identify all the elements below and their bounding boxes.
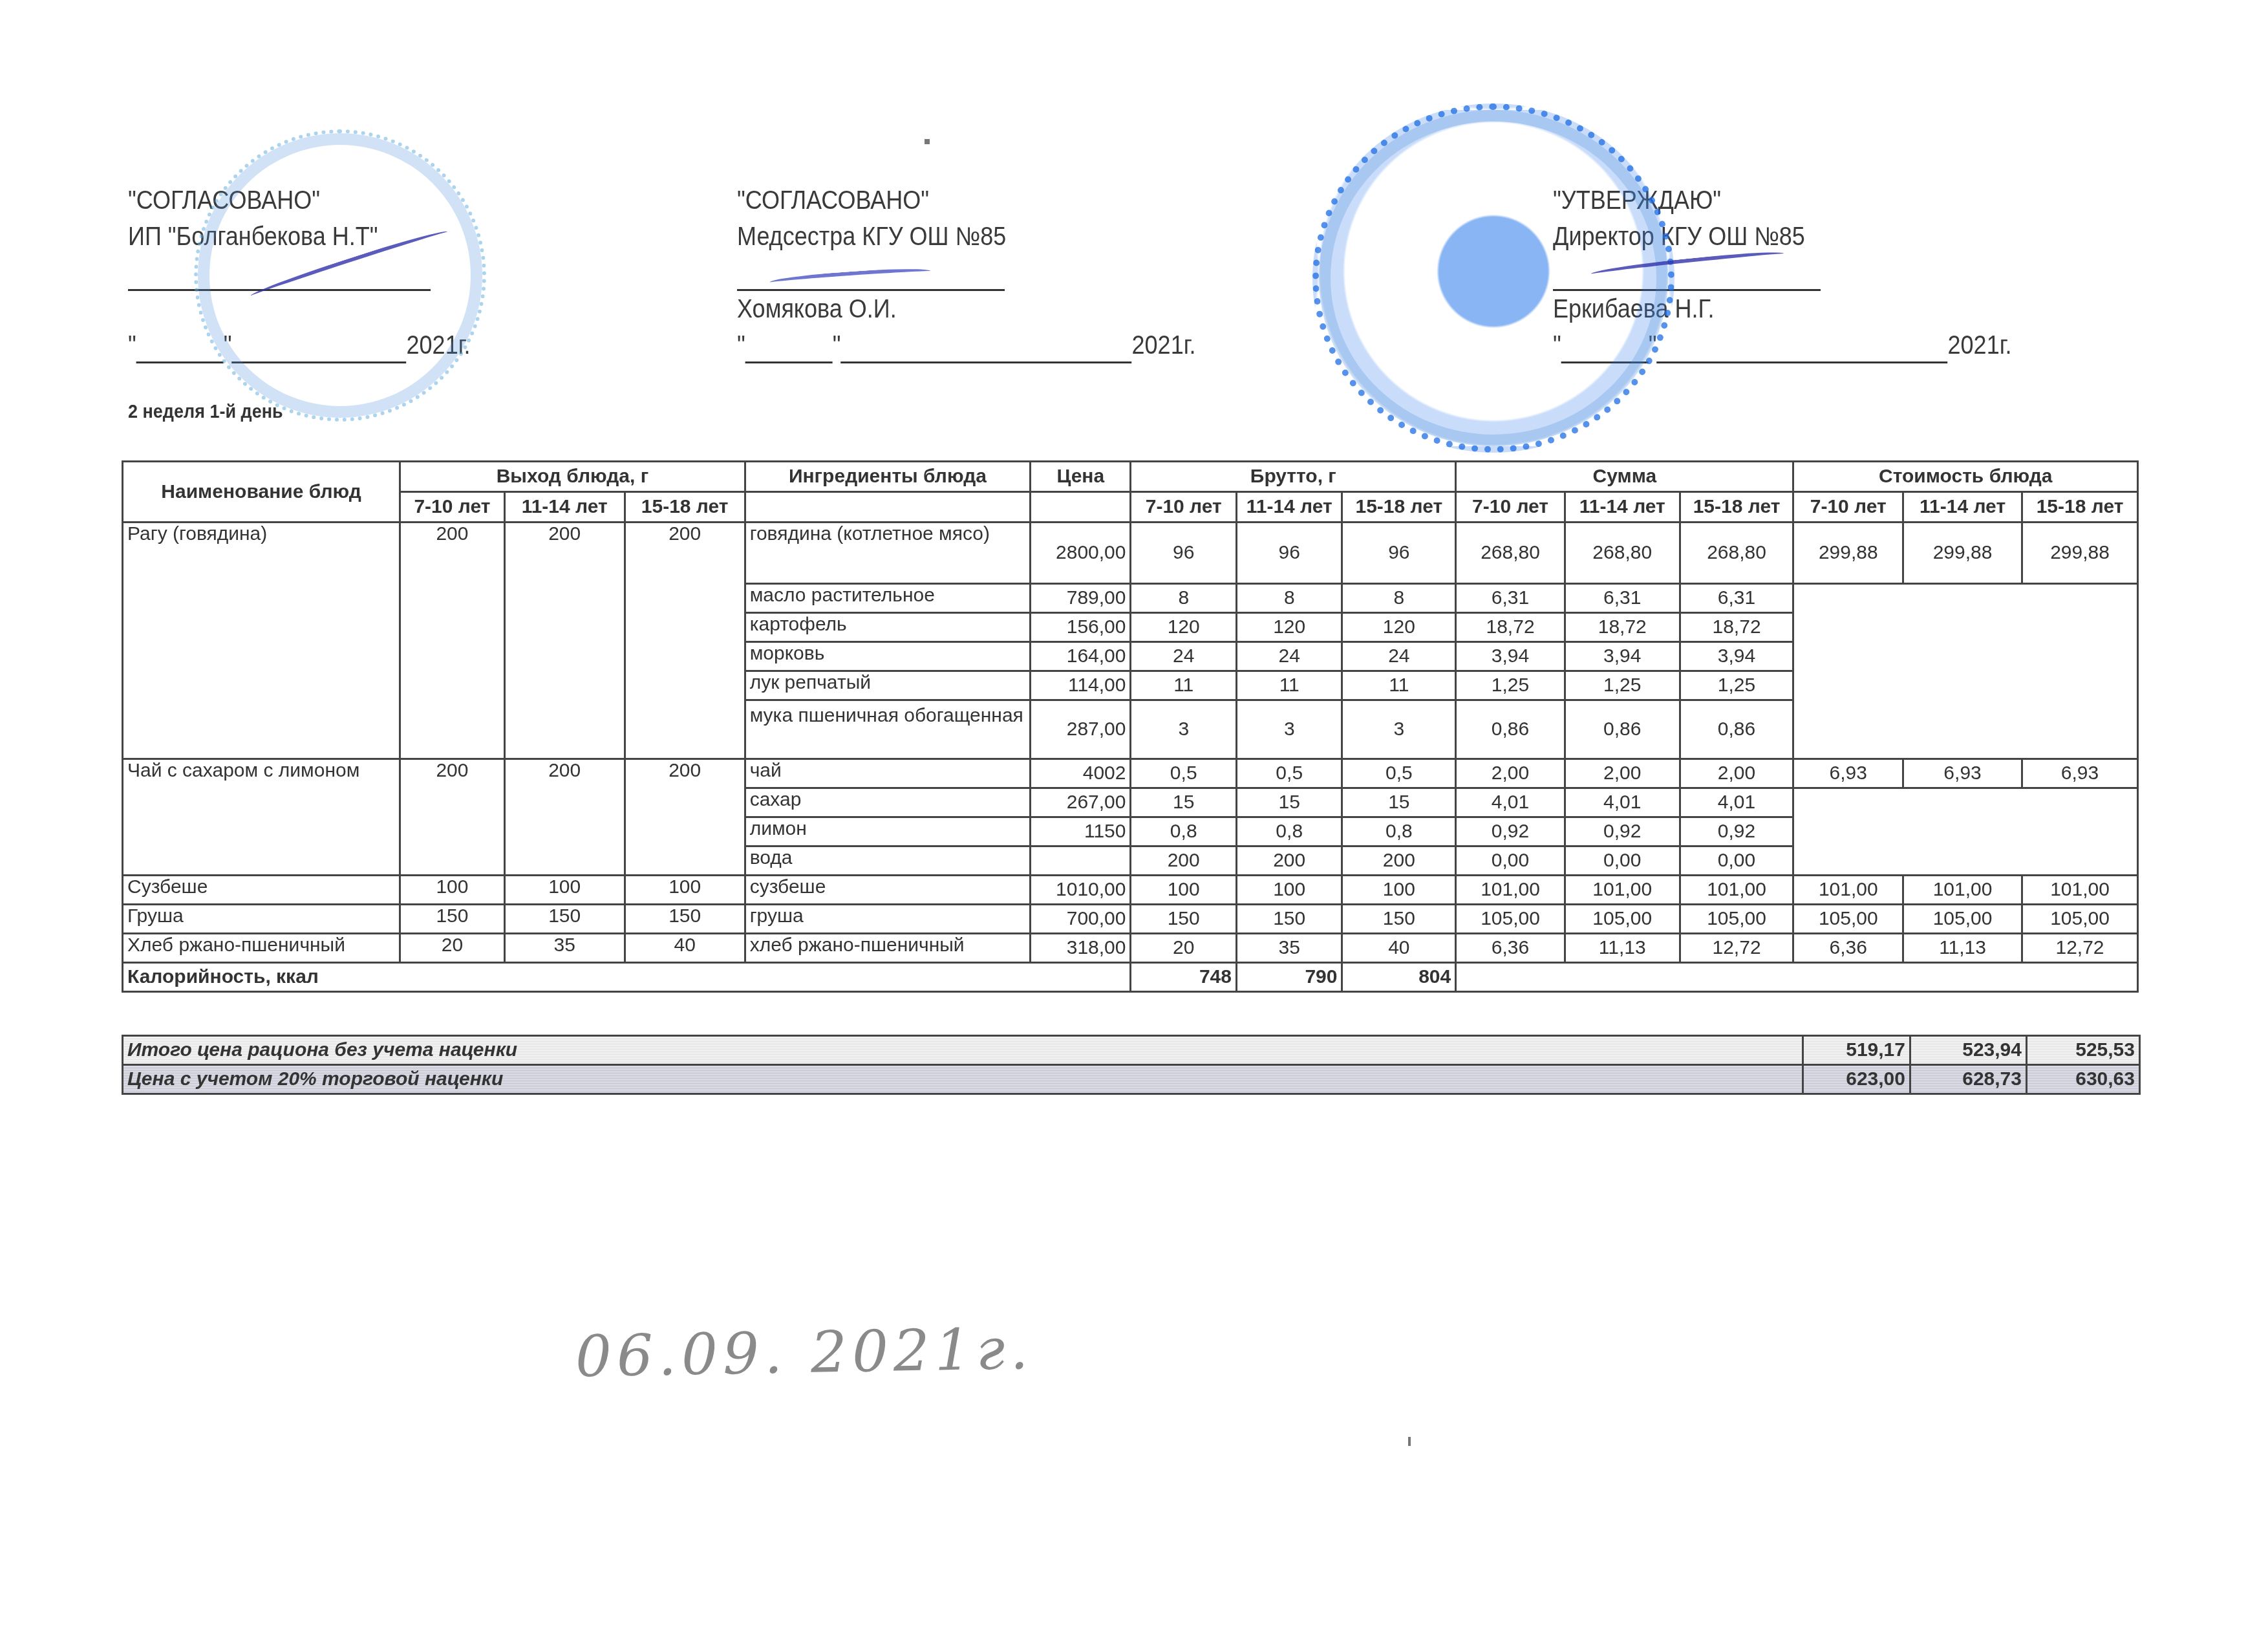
age-group-header: 7-10 лет xyxy=(1131,492,1237,523)
ingredient-price: 789,00 xyxy=(1031,584,1131,613)
age-group-header: 15-18 лет xyxy=(625,492,745,523)
total-value: 623,00 xyxy=(1803,1065,1910,1094)
state-emblem-seal-icon xyxy=(1312,103,1674,453)
ingredient-sum: 2,00 xyxy=(1565,759,1680,788)
dish-cost: 299,88 xyxy=(1903,523,2022,584)
dish-yield: 200 xyxy=(400,759,504,876)
ingredient-sum: 2,00 xyxy=(1456,759,1565,788)
ingredient-sum: 3,94 xyxy=(1680,642,1793,671)
dish-cost: 6,93 xyxy=(1903,759,2022,788)
dish-name: Чай с сахаром с лимоном xyxy=(123,759,400,876)
ingredient-gross: 20 xyxy=(1131,934,1237,963)
ingredient-price: 287,00 xyxy=(1031,700,1131,759)
ingredient-sum: 2,00 xyxy=(1680,759,1793,788)
ingredient-sum: 0,00 xyxy=(1680,846,1793,876)
ingredient-gross: 8 xyxy=(1131,584,1237,613)
ingredient-gross: 200 xyxy=(1131,846,1237,876)
empty-cost-cell xyxy=(1793,788,2138,876)
ingredient-gross: 40 xyxy=(1342,934,1456,963)
ingredient-sum: 6,31 xyxy=(1456,584,1565,613)
calories-label: Калорийность, ккал xyxy=(123,963,1131,992)
calories-row: Калорийность, ккал748790804 xyxy=(123,963,2138,992)
ingredient-gross: 150 xyxy=(1342,905,1456,934)
dish-name: Хлеб ржано-пшеничный xyxy=(123,934,400,963)
ingredient-sum: 1,25 xyxy=(1680,671,1793,700)
col-header-ingredients: Ингредиенты блюда xyxy=(745,462,1030,492)
dish-cost: 101,00 xyxy=(1903,876,2022,905)
ingredient-gross: 0,8 xyxy=(1236,817,1342,846)
approval-position: Медсестра КГУ ОШ №85 xyxy=(737,219,1195,255)
ingredient-gross: 120 xyxy=(1236,613,1342,642)
ingredient-sum: 0,92 xyxy=(1680,817,1793,846)
ingredient-gross: 24 xyxy=(1236,642,1342,671)
ingredient-gross: 35 xyxy=(1236,934,1342,963)
ingredient-sum: 101,00 xyxy=(1565,876,1680,905)
ingredient-sum: 268,80 xyxy=(1680,523,1793,584)
ingredient-gross: 100 xyxy=(1342,876,1456,905)
table-row: Груша150150150груша700,00150150150105,00… xyxy=(123,905,2138,934)
calories-value: 748 xyxy=(1131,963,1237,992)
age-group-header: 7-10 лет xyxy=(1793,492,1903,523)
col-header-sum: Сумма xyxy=(1456,462,1793,492)
ingredient-gross: 3 xyxy=(1131,700,1237,759)
dish-yield: 35 xyxy=(504,934,625,963)
ingredient-gross: 8 xyxy=(1342,584,1456,613)
ingredient-gross: 0,5 xyxy=(1131,759,1237,788)
total-value: 519,17 xyxy=(1803,1036,1910,1065)
ingredient-gross: 200 xyxy=(1342,846,1456,876)
dish-yield: 100 xyxy=(504,876,625,905)
ingredient-price: 4002 xyxy=(1031,759,1131,788)
total-label: Цена с учетом 20% торговой наценки xyxy=(123,1065,1803,1094)
total-with-markup-row: Цена с учетом 20% торговой наценки 623,0… xyxy=(123,1065,2140,1094)
ingredient-sum: 4,01 xyxy=(1565,788,1680,817)
dish-yield: 200 xyxy=(625,523,745,759)
ingredient-price: 114,00 xyxy=(1031,671,1131,700)
ingredient-name: сахар xyxy=(745,788,1030,817)
dish-yield: 150 xyxy=(400,905,504,934)
ingredient-gross: 24 xyxy=(1342,642,1456,671)
age-group-header: 11-14 лет xyxy=(1903,492,2022,523)
age-group-header: 15-18 лет xyxy=(2022,492,2138,523)
approval-date-line: ""2021г. xyxy=(737,327,1195,363)
total-without-markup-row: Итого цена рациона без учета наценки 519… xyxy=(123,1036,2140,1065)
ingredient-price: 1010,00 xyxy=(1031,876,1131,905)
age-group-header: 11-14 лет xyxy=(504,492,625,523)
dish-cost: 299,88 xyxy=(1793,523,1903,584)
ingredient-gross: 150 xyxy=(1131,905,1237,934)
ingredient-sum: 11,13 xyxy=(1565,934,1680,963)
ingredient-sum: 1,25 xyxy=(1565,671,1680,700)
ingredient-gross: 11 xyxy=(1131,671,1237,700)
ingredient-name: хлеб ржано-пшеничный xyxy=(745,934,1030,963)
approval-year: 2021г. xyxy=(1132,331,1196,360)
ingredient-gross: 0,5 xyxy=(1236,759,1342,788)
menu-cost-table: Наименование блюд Выход блюда, г Ингреди… xyxy=(122,460,2139,993)
table-row: Хлеб ржано-пшеничный203540хлеб ржано-пше… xyxy=(123,934,2138,963)
ingredient-gross: 96 xyxy=(1342,523,1456,584)
ingredient-name: лук репчатый xyxy=(745,671,1030,700)
ingredient-gross: 15 xyxy=(1236,788,1342,817)
age-group-header: 11-14 лет xyxy=(1236,492,1342,523)
ingredient-sum: 4,01 xyxy=(1456,788,1565,817)
ingredient-name: груша xyxy=(745,905,1030,934)
ingredient-gross: 3 xyxy=(1236,700,1342,759)
ingredient-gross: 100 xyxy=(1131,876,1237,905)
ingredient-price: 267,00 xyxy=(1031,788,1131,817)
ingredient-gross: 96 xyxy=(1131,523,1237,584)
dish-yield: 200 xyxy=(504,759,625,876)
approval-heading: "СОГЛАСОВАНО" xyxy=(737,182,1195,219)
ingredient-sum: 6,31 xyxy=(1565,584,1680,613)
ingredient-gross: 11 xyxy=(1342,671,1456,700)
ingredient-price: 1150 xyxy=(1031,817,1131,846)
ingredient-gross: 200 xyxy=(1236,846,1342,876)
ingredient-name: сузбеше xyxy=(745,876,1030,905)
menu-day-subtitle: 2 неделя 1-й день xyxy=(128,401,283,423)
col-header-price: Цена xyxy=(1031,462,1131,492)
col-header-dish-cost: Стоимость блюда xyxy=(1793,462,2138,492)
age-group-header: 7-10 лет xyxy=(400,492,504,523)
dish-yield: 150 xyxy=(625,905,745,934)
ingredient-sum: 105,00 xyxy=(1565,905,1680,934)
ingredient-gross: 8 xyxy=(1236,584,1342,613)
table-row: Чай с сахаром с лимоном200200200чай40020… xyxy=(123,759,2138,788)
dish-cost: 101,00 xyxy=(2022,876,2138,905)
ingredient-name: чай xyxy=(745,759,1030,788)
ingredient-sum: 6,31 xyxy=(1680,584,1793,613)
ingredient-price: 318,00 xyxy=(1031,934,1131,963)
ingredient-sum: 6,36 xyxy=(1456,934,1565,963)
table-row: Сузбеше100100100сузбеше1010,001001001001… xyxy=(123,876,2138,905)
ingredient-sum: 0,00 xyxy=(1456,846,1565,876)
header-row-1: Наименование блюд Выход блюда, г Ингреди… xyxy=(123,462,2138,492)
ingredient-name: вода xyxy=(745,846,1030,876)
handwritten-date: 06.09. 2021г. xyxy=(575,1315,1034,1390)
dish-cost: 11,13 xyxy=(1903,934,2022,963)
ingredient-name: масло растительное xyxy=(745,584,1030,613)
ingredient-gross: 0,5 xyxy=(1342,759,1456,788)
ingredient-sum: 3,94 xyxy=(1456,642,1565,671)
ingredient-price: 700,00 xyxy=(1031,905,1131,934)
dish-name: Сузбеше xyxy=(123,876,400,905)
ingredient-name: картофель xyxy=(745,613,1030,642)
dish-yield: 200 xyxy=(504,523,625,759)
dish-cost: 101,00 xyxy=(1793,876,1903,905)
ingredient-gross: 24 xyxy=(1131,642,1237,671)
ingredient-gross: 3 xyxy=(1342,700,1456,759)
ingredient-sum: 105,00 xyxy=(1456,905,1565,934)
ingredient-sum: 18,72 xyxy=(1565,613,1680,642)
ingredient-sum: 101,00 xyxy=(1680,876,1793,905)
dish-yield: 150 xyxy=(504,905,625,934)
col-header-gross: Брутто, г xyxy=(1131,462,1456,492)
age-group-header: 15-18 лет xyxy=(1342,492,1456,523)
totals-table: Итого цена рациона без учета наценки 519… xyxy=(122,1035,2141,1095)
dish-name: Груша xyxy=(123,905,400,934)
ingredient-sum: 101,00 xyxy=(1456,876,1565,905)
ingredient-price: 164,00 xyxy=(1031,642,1131,671)
ingredient-sum: 18,72 xyxy=(1680,613,1793,642)
ingredient-sum: 0,86 xyxy=(1680,700,1793,759)
age-group-header: 7-10 лет xyxy=(1456,492,1565,523)
ingredient-sum: 0,92 xyxy=(1565,817,1680,846)
dish-yield: 40 xyxy=(625,934,745,963)
ingredient-sum: 0,86 xyxy=(1565,700,1680,759)
ingredient-gross: 100 xyxy=(1236,876,1342,905)
approval-name: Хомякова О.И. xyxy=(737,291,1195,327)
ingredient-gross: 120 xyxy=(1342,613,1456,642)
dish-yield: 100 xyxy=(625,876,745,905)
ingredient-gross: 11 xyxy=(1236,671,1342,700)
dish-cost: 6,93 xyxy=(1793,759,1903,788)
age-group-header: 15-18 лет xyxy=(1680,492,1793,523)
ingredient-price: 2800,00 xyxy=(1031,523,1131,584)
total-label: Итого цена рациона без учета наценки xyxy=(123,1036,1803,1065)
ingredient-sum: 4,01 xyxy=(1680,788,1793,817)
empty-cost-cell xyxy=(1793,584,2138,759)
dish-cost: 6,36 xyxy=(1793,934,1903,963)
dish-yield: 200 xyxy=(625,759,745,876)
col-header-yield: Выход блюда, г xyxy=(400,462,745,492)
ingredient-name: морковь xyxy=(745,642,1030,671)
calories-value: 790 xyxy=(1236,963,1342,992)
age-group-header: 11-14 лет xyxy=(1565,492,1680,523)
seal-stamp-icon xyxy=(194,129,486,422)
ingredient-gross: 120 xyxy=(1131,613,1237,642)
ingredient-gross: 15 xyxy=(1131,788,1237,817)
calories-value: 804 xyxy=(1342,963,1456,992)
ingredient-gross: 0,8 xyxy=(1131,817,1237,846)
dish-cost: 6,93 xyxy=(2022,759,2138,788)
ingredient-sum: 0,86 xyxy=(1456,700,1565,759)
dish-yield: 20 xyxy=(400,934,504,963)
total-value: 523,94 xyxy=(1910,1036,2027,1065)
ingredient-name: лимон xyxy=(745,817,1030,846)
ingredient-price xyxy=(1031,846,1131,876)
ingredient-name: мука пшеничная обогащенная xyxy=(745,700,1030,759)
scan-speck xyxy=(925,139,930,144)
dish-yield: 200 xyxy=(400,523,504,759)
ingredient-gross: 0,8 xyxy=(1342,817,1456,846)
ingredient-gross: 96 xyxy=(1236,523,1342,584)
ingredient-name: говядина (котлетное мясо) xyxy=(745,523,1030,584)
scan-speck xyxy=(1408,1437,1411,1446)
ingredient-sum: 1,25 xyxy=(1456,671,1565,700)
col-header-dish-name: Наименование блюд xyxy=(123,462,400,523)
total-value: 628,73 xyxy=(1910,1065,2027,1094)
table-row: Рагу (говядина)200200200говядина (котлет… xyxy=(123,523,2138,584)
ingredient-sum: 268,80 xyxy=(1456,523,1565,584)
dish-cost: 105,00 xyxy=(1793,905,1903,934)
dish-cost: 105,00 xyxy=(1903,905,2022,934)
ingredient-sum: 268,80 xyxy=(1565,523,1680,584)
ingredient-sum: 12,72 xyxy=(1680,934,1793,963)
total-value: 525,53 xyxy=(2027,1036,2140,1065)
dish-cost: 299,88 xyxy=(2022,523,2138,584)
ingredient-sum: 0,92 xyxy=(1456,817,1565,846)
dish-cost: 105,00 xyxy=(2022,905,2138,934)
menu-table-body: Рагу (говядина)200200200говядина (котлет… xyxy=(123,523,2138,992)
ingredient-sum: 3,94 xyxy=(1565,642,1680,671)
approval-block-nurse: "СОГЛАСОВАНО" Медсестра КГУ ОШ №85 Хомяк… xyxy=(737,182,1195,363)
ingredient-sum: 0,00 xyxy=(1565,846,1680,876)
ingredient-sum: 18,72 xyxy=(1456,613,1565,642)
ingredient-price: 156,00 xyxy=(1031,613,1131,642)
dish-yield: 100 xyxy=(400,876,504,905)
ingredient-gross: 150 xyxy=(1236,905,1342,934)
ingredient-sum: 105,00 xyxy=(1680,905,1793,934)
approval-year: 2021г. xyxy=(1948,331,2012,360)
dish-cost: 12,72 xyxy=(2022,934,2138,963)
header-row-2: 7-10 лет 11-14 лет 15-18 лет 7-10 лет 11… xyxy=(123,492,2138,523)
ingredient-gross: 15 xyxy=(1342,788,1456,817)
total-value: 630,63 xyxy=(2027,1065,2140,1094)
dish-name: Рагу (говядина) xyxy=(123,523,400,759)
